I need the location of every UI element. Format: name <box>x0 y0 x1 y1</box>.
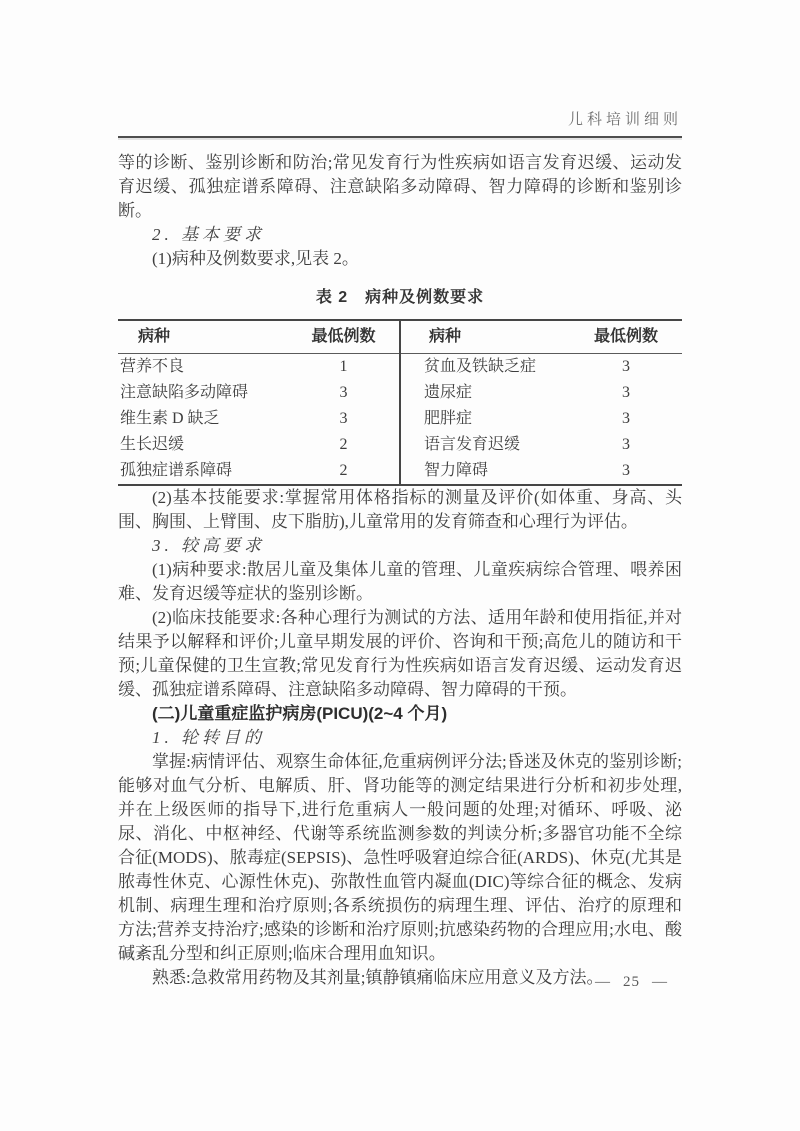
requirements-table: 病种 最低例数 病种 最低例数 营养不良 1 贫血及铁缺乏症 3 注意缺陷多动障… <box>118 319 682 486</box>
cell-disease: 遗尿症 <box>400 380 570 406</box>
col-header-min-cases-right: 最低例数 <box>570 320 682 354</box>
cell-disease: 营养不良 <box>118 354 288 381</box>
running-header: 儿科培训细则 <box>118 0 682 130</box>
heading-picu-section: (二)儿童重症监护病房(PICU)(2~4 个月) <box>118 702 682 726</box>
cell-disease: 注意缺陷多动障碍 <box>118 380 288 406</box>
cell-min-cases: 3 <box>570 406 682 432</box>
heading-basic-requirements: 2. 基本要求 <box>118 223 682 247</box>
heading-rotation-purpose: 1. 轮转目的 <box>118 726 682 750</box>
cell-min-cases: 1 <box>288 354 400 381</box>
cell-disease: 维生素 D 缺乏 <box>118 406 288 432</box>
cell-disease: 贫血及铁缺乏症 <box>400 354 570 381</box>
heading-higher-requirements: 3. 较高要求 <box>118 534 682 558</box>
cell-disease: 肥胖症 <box>400 406 570 432</box>
table-caption: 表 2 病种及例数要求 <box>118 286 682 310</box>
cell-min-cases: 3 <box>570 354 682 381</box>
page-content-area: 儿科培训细则 等的诊断、鉴别诊断和防治;常见发育行为性疾病如语言发育迟缓、运动发… <box>118 0 682 990</box>
cell-disease: 智力障碍 <box>400 458 570 485</box>
footer-dash-left: — <box>595 974 611 990</box>
cell-min-cases: 3 <box>288 406 400 432</box>
running-title: 儿科培训细则 <box>568 112 682 128</box>
table-row: 孤独症谱系障碍 2 智力障碍 3 <box>118 458 682 485</box>
paragraph-continuation: 等的诊断、鉴别诊断和防治;常见发育行为性疾病如语言发育迟缓、运动发育迟缓、孤独症… <box>118 151 682 223</box>
header-rule <box>118 136 682 138</box>
table-row: 生长迟缓 2 语言发育迟缓 3 <box>118 432 682 458</box>
col-header-min-cases-left: 最低例数 <box>288 320 400 354</box>
table-row: 营养不良 1 贫血及铁缺乏症 3 <box>118 354 682 381</box>
page-footer: —25— <box>118 974 682 991</box>
page-number: 25 <box>623 974 640 990</box>
cell-disease: 孤独症谱系障碍 <box>118 458 288 485</box>
paragraph-master-list: 掌握:病情评估、观察生命体征,危重病例评分法;昏迷及休克的鉴别诊断;能够对血气分… <box>118 750 682 966</box>
col-header-disease-left: 病种 <box>118 320 288 354</box>
paragraph-clinical-skills: (2)临床技能要求:各种心理行为测试的方法、适用年龄和使用指征,并对结果予以解释… <box>118 606 682 702</box>
cell-min-cases: 3 <box>288 380 400 406</box>
book-page: 儿科培训细则 等的诊断、鉴别诊断和防治;常见发育行为性疾病如语言发育迟缓、运动发… <box>0 0 800 1131</box>
cell-disease: 生长迟缓 <box>118 432 288 458</box>
footer-dash-right: — <box>652 974 668 990</box>
cell-disease: 语言发育迟缓 <box>400 432 570 458</box>
cell-min-cases: 3 <box>570 458 682 485</box>
col-header-disease-right: 病种 <box>400 320 570 354</box>
cell-min-cases: 2 <box>288 458 400 485</box>
paragraph-basic-skills: (2)基本技能要求:掌握常用体格指标的测量及评价(如体重、身高、头围、胸围、上臂… <box>118 486 682 534</box>
table-row: 注意缺陷多动障碍 3 遗尿症 3 <box>118 380 682 406</box>
cell-min-cases: 3 <box>570 432 682 458</box>
page-body: 等的诊断、鉴别诊断和防治;常见发育行为性疾病如语言发育迟缓、运动发育迟缓、孤独症… <box>118 151 682 990</box>
cell-min-cases: 2 <box>288 432 400 458</box>
cell-min-cases: 3 <box>570 380 682 406</box>
table-row: 维生素 D 缺乏 3 肥胖症 3 <box>118 406 682 432</box>
table-header-row: 病种 最低例数 病种 最低例数 <box>118 320 682 354</box>
paragraph-case-count-requirement: (1)病种及例数要求,见表 2。 <box>118 247 682 271</box>
paragraph-disease-requirement: (1)病种要求:散居儿童及集体儿童的管理、儿童疾病综合管理、喂养困难、发育迟缓等… <box>118 558 682 606</box>
